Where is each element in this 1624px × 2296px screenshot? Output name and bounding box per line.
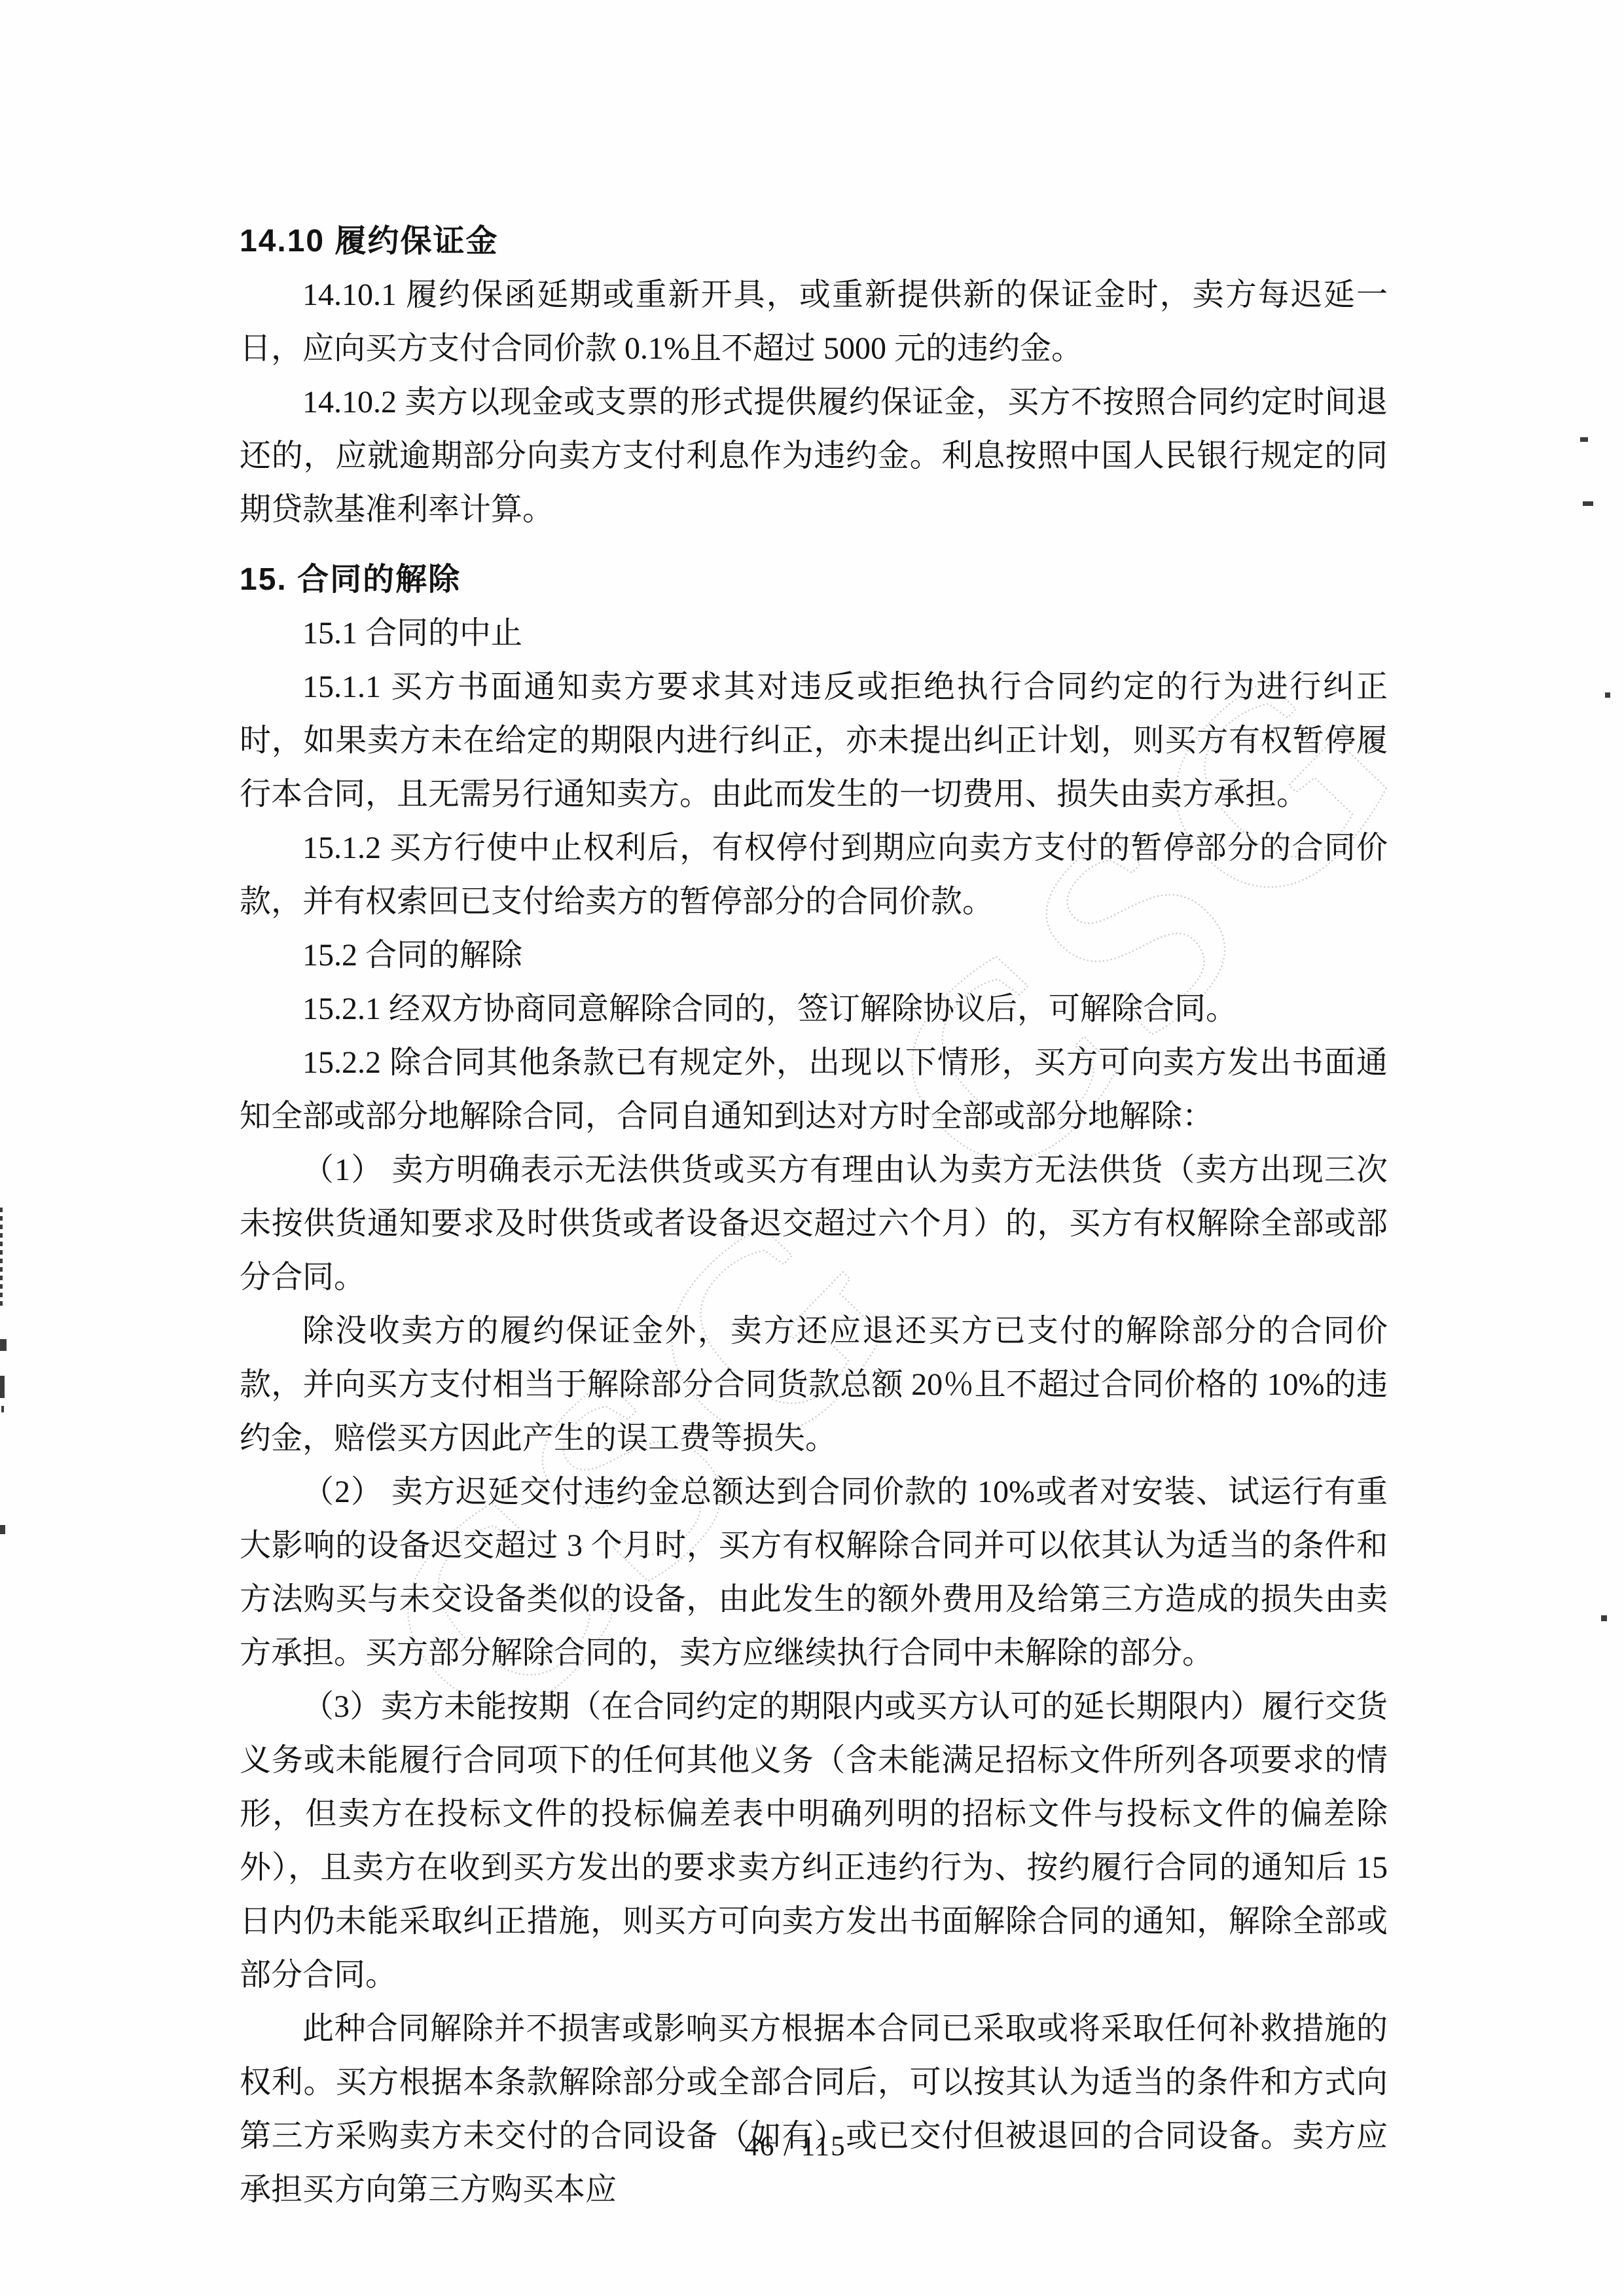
paragraph: 此种合同解除并不损害或影响买方根据本合同已采取或将采取任何补救措施的权利。买方根… [240, 2002, 1388, 2217]
scan-artifact [1583, 501, 1593, 506]
scan-artifact [0, 1208, 3, 1307]
paragraph: 14.10.2 卖方以现金或支票的形式提供履约保证金，买方不按照合同约定时间退还… [240, 376, 1388, 537]
section-heading: 14.10 履约保证金 [240, 215, 1388, 268]
paragraph: 15.1 合同的中止 [240, 607, 1388, 660]
scanned-contract-page: CSG CSG 14.10 履约保证金14.10.1 履约保函延期或重新开具，或… [0, 0, 1624, 2296]
paragraph: 15.1.2 买方行使中止权利后，有权停付到期应向卖方支付的暂停部分的合同价款，… [240, 821, 1388, 929]
contract-text: 14.10 履约保证金14.10.1 履约保函延期或重新开具，或重新提供新的保证… [240, 215, 1388, 2217]
paragraph: 15.2 合同的解除 [240, 929, 1388, 982]
scan-artifact [1601, 1615, 1607, 1621]
scan-artifact [1605, 692, 1610, 698]
scan-artifact [1580, 437, 1588, 442]
scan-artifact [1, 1406, 4, 1412]
paragraph: （1） 卖方明确表示无法供货或买方有理由认为卖方无法供货（卖方出现三次未按供货通… [240, 1143, 1388, 1304]
section-heading: 15. 合同的解除 [240, 553, 1388, 607]
paragraph: 除没收卖方的履约保证金外，卖方还应退还买方已支付的解除部分的合同价款，并向买方支… [240, 1304, 1388, 1465]
paragraph: （2） 卖方迟延交付违约金总额达到合同价款的 10%或者对安装、试运行有重大影响… [240, 1465, 1388, 1680]
paragraph: 15.2.2 除合同其他条款已有规定外，出现以下情形，买方可向卖方发出书面通知全… [240, 1036, 1388, 1143]
paragraph: 14.10.1 履约保函延期或重新开具，或重新提供新的保证金时，卖方每迟延一日，… [240, 268, 1388, 376]
page-number: 46 / 115 [0, 2128, 1591, 2165]
paragraph: （3）卖方未能按期（在合同约定的期限内或买方认可的延长期限内）履行交货义务或未能… [240, 1680, 1388, 2002]
scan-artifact [0, 1339, 7, 1351]
paragraph: 15.1.1 买方书面通知卖方要求其对违反或拒绝执行合同约定的行为进行纠正时，如… [240, 660, 1388, 821]
scan-artifact [0, 1376, 5, 1398]
paragraph: 15.2.1 经双方协商同意解除合同的，签订解除协议后，可解除合同。 [240, 982, 1388, 1036]
scan-artifact [0, 1525, 5, 1534]
